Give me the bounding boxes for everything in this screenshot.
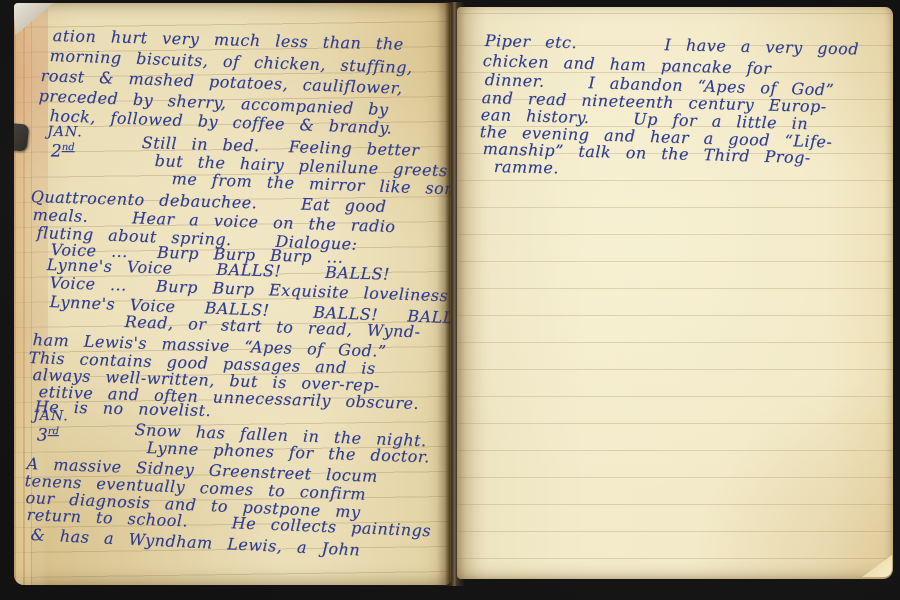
left-page: ation hurt very much less than themornin… bbox=[14, 3, 451, 585]
right-page: Piper etc. I have a very goodchicken and… bbox=[457, 7, 893, 579]
entry-date: JAN.3rd bbox=[33, 409, 69, 444]
left-page-handwriting: ation hurt very much less than themornin… bbox=[14, 3, 451, 585]
notebook-photo: ation hurt very much less than themornin… bbox=[0, 0, 900, 600]
right-page-handwriting: Piper etc. I have a very goodchicken and… bbox=[457, 7, 893, 579]
entry-date: JAN.2nd bbox=[47, 125, 83, 160]
handwriting-line: ramme. bbox=[494, 158, 559, 176]
